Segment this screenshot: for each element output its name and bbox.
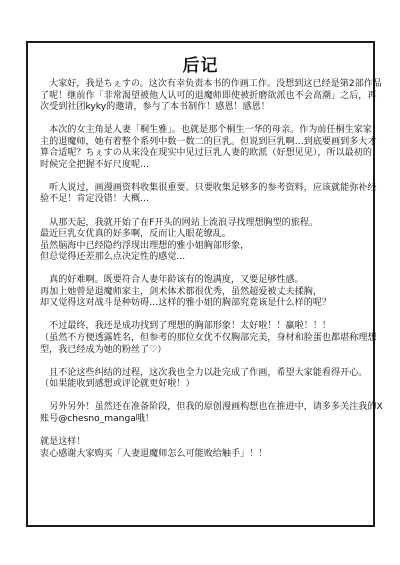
- page-title: 后记: [28, 51, 373, 76]
- text-line: 却又觉得这对战斗是种妨碍…这样的雅小姐的胸部究竟该是什么样的呢？: [40, 298, 363, 310]
- text-line: （虽然不方便透露姓名，但参考的那位女优不仅胸部完美，身材和脸蛋也都堪称理想: [40, 333, 363, 345]
- paragraph: 大家好，我是ちぇすの。这次有幸负责本书的作画工作。没想到这已经是第2部作品了呢！…: [40, 79, 363, 114]
- afterword-frame: 后记 大家好，我是ちぇすの。这次有幸负责本书的作画工作。没想到这已经是第2部作品…: [26, 41, 375, 527]
- text-line: 主的退魔师，她有着整个系列中数一数二的巨乳。但说到巨乳啊…到底要画到多大才: [40, 137, 363, 149]
- text-line: 最近巨乳女优真的好多啊，反而让人眼花缭乱。: [40, 229, 363, 241]
- text-line: 虽然脑海中已经隐约浮现出理想的雅小姐胸部形象，: [40, 241, 363, 253]
- paragraph: 本次的女主角是人妻「桐生雅」。也就是那个桐生一华的母亲。作为前任桐生家家主的退魔…: [40, 125, 363, 171]
- text-line: 听人说过，画漫画资料收集很重要。只要收集足够多的参考资料，应该就能弥补经: [40, 183, 363, 195]
- text-line: 账号@chesno_manga哦！: [40, 414, 363, 426]
- text-line: 再加上她曾是退魔师家主，剑术体术都很优秀，虽然超爱被丈夫揉胸，: [40, 287, 363, 299]
- text-line: 衷心感谢大家购买「人妻退魔师怎么可能败给触手」！！: [40, 449, 363, 461]
- text-line: 不过最终，我还是成功找到了理想的胸部形象！太好啦！！赢啦！！！: [40, 321, 363, 333]
- text-line: 算合适呢？ちぇすの从来没在现实中见过巨乳人妻的欧派（好想见见），所以最初的: [40, 148, 363, 160]
- paragraph: 且不论这些纠结的过程，这次我也全力以赴完成了作画，希望大家能看得开心。（如果能收…: [40, 368, 363, 391]
- text-line: 但总觉得还差那么点决定性的感觉...: [40, 252, 363, 264]
- paragraph: 不过最终，我还是成功找到了理想的胸部形象！太好啦！！赢啦！！！（虽然不方便透露姓…: [40, 321, 363, 356]
- text-line: 就是这样！: [40, 437, 363, 449]
- paragraph: 就是这样！衷心感谢大家购买「人妻退魔师怎么可能败给触手」！！: [40, 437, 363, 460]
- text-line: 本次的女主角是人妻「桐生雅」。也就是那个桐生一华的母亲。作为前任桐生家家: [40, 125, 363, 137]
- text-line: 验不足！肯定没错！大概…: [40, 194, 363, 206]
- text-line: 真的好难啊。既要符合人妻年龄该有的饱满度，又要足够性感。: [40, 275, 363, 287]
- text-line: 大家好，我是ちぇすの。这次有幸负责本书的作画工作。没想到这已经是第2部作品: [40, 79, 363, 91]
- text-line: 且不论这些纠结的过程，这次我也全力以赴完成了作画，希望大家能看得开心。: [40, 368, 363, 380]
- text-line: 另外另外！虽然还在准备阶段，但我的原创漫画构想也在推进中，请多多关注我的X: [40, 402, 363, 414]
- text-line: （如果能收到感想或评论就更好啦！）: [40, 379, 363, 391]
- text-line: 时候完全把握不好尺度呢…: [40, 160, 363, 172]
- text-line: 型，我已经成为她的粉丝了♡）: [40, 345, 363, 357]
- paragraph: 从那天起，我就开始了在F开头的网站上流浪寻找理想胸型的旅程。最近巨乳女优真的好多…: [40, 218, 363, 264]
- paragraph: 听人说过，画漫画资料收集很重要。只要收集足够多的参考资料，应该就能弥补经验不足！…: [40, 183, 363, 206]
- text-line: 从那天起，我就开始了在F开头的网站上流浪寻找理想胸型的旅程。: [40, 218, 363, 230]
- text-line: 了呢！继前作「非常渴望被他人认可的退魔师即使被折磨欲派也不会高潮」之后，再: [40, 91, 363, 103]
- afterword-body: 大家好，我是ちぇすの。这次有幸负责本书的作画工作。没想到这已经是第2部作品了呢！…: [40, 79, 363, 472]
- text-line: 次受到社团kyky的邀请，参与了本书制作！感恩！感恩！: [40, 102, 363, 114]
- paragraph: 另外另外！虽然还在准备阶段，但我的原创漫画构想也在推进中，请多多关注我的X账号@…: [40, 402, 363, 425]
- paragraph: 真的好难啊。既要符合人妻年龄该有的饱满度，又要足够性感。再加上她曾是退魔师家主，…: [40, 275, 363, 310]
